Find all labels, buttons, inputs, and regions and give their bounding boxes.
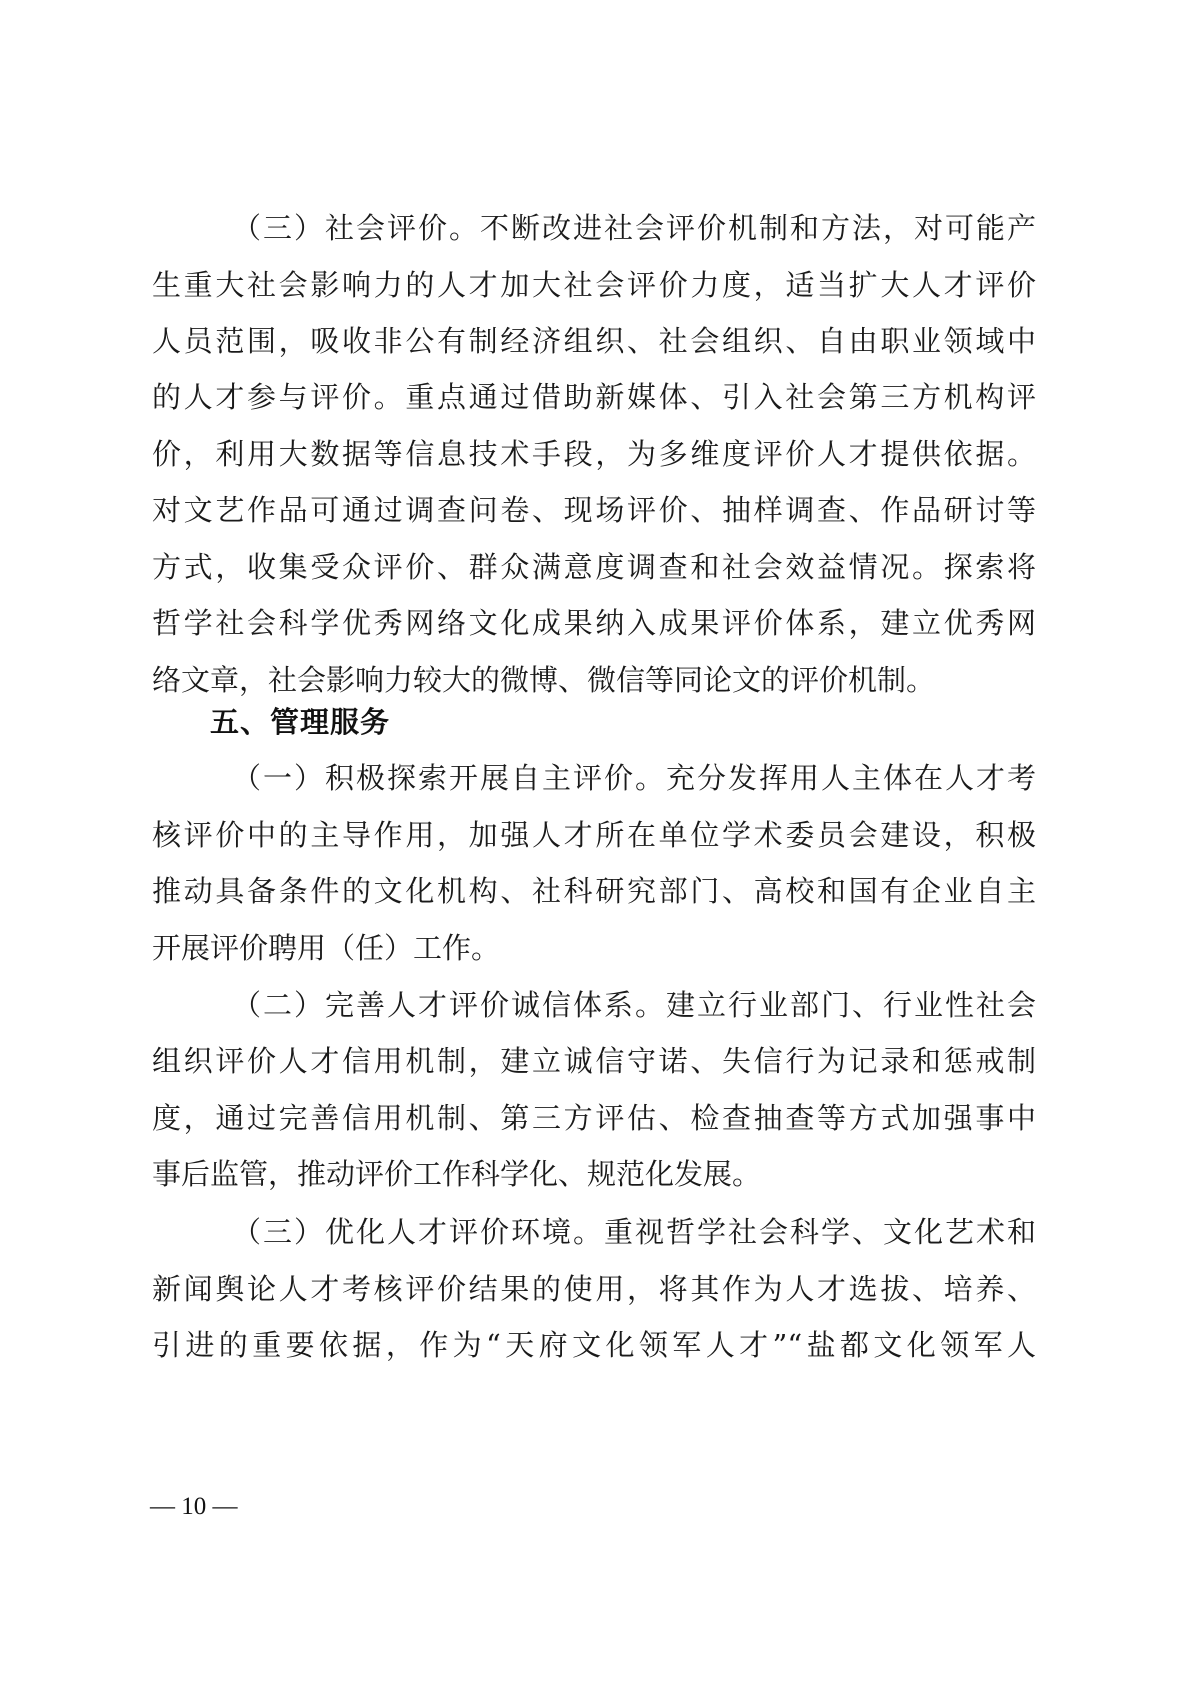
text-line: （三）优化人才评价环境。重视哲学社会科学、文化艺术和 [232, 1212, 1036, 1252]
text-line: 哲学社会科学优秀网络文化成果纳入成果评价体系，建立优秀网 [152, 603, 1036, 643]
text-line: 核评价中的主导作用，加强人才所在单位学术委员会建设，积极 [152, 815, 1036, 855]
text-line: 生重大社会影响力的人才加大社会评价力度，适当扩大人才评价 [152, 265, 1036, 305]
text-line: 新闻舆论人才考核评价结果的使用，将其作为人才选拔、培养、 [152, 1269, 1036, 1309]
text-line: 事后监管，推动评价工作科学化、规范化发展。 [152, 1154, 1036, 1194]
text-line: 方式，收集受众评价、群众满意度调查和社会效益情况。探索将 [152, 547, 1036, 587]
text-line: 引进的重要依据，作为“天府文化领军人才”“盐都文化领军人 [152, 1325, 1036, 1365]
text-line: （二）完善人才评价诚信体系。建立行业部门、行业性社会 [232, 985, 1036, 1025]
text-line: 对文艺作品可通过调查问卷、现场评价、抽样调查、作品研讨等 [152, 490, 1036, 530]
text-line: （一）积极探索开展自主评价。充分发挥用人主体在人才考 [232, 758, 1036, 798]
text-line: （三）社会评价。不断改进社会评价机制和方法，对可能产 [232, 208, 1036, 248]
text-line: 价，利用大数据等信息技术手段，为多维度评价人才提供依据。 [152, 434, 1036, 474]
text-line: 开展评价聘用（任）工作。 [152, 928, 1036, 968]
section-heading: 五、管理服务 [210, 702, 390, 742]
document-page: （三）社会评价。不断改进社会评价机制和方法，对可能产 生重大社会影响力的人才加大… [0, 0, 1191, 1684]
text-line: 度，通过完善信用机制、第三方评估、检查抽查等方式加强事中 [152, 1098, 1036, 1138]
page-number: — 10 — [150, 1492, 238, 1522]
text-line: 组织评价人才信用机制，建立诚信守诺、失信行为记录和惩戒制 [152, 1041, 1036, 1081]
text-line: 人员范围，吸收非公有制经济组织、社会组织、自由职业领域中 [152, 321, 1036, 361]
text-line: 的人才参与评价。重点通过借助新媒体、引入社会第三方机构评 [152, 377, 1036, 417]
text-line: 推动具备条件的文化机构、社科研究部门、高校和国有企业自主 [152, 871, 1036, 911]
text-line: 络文章，社会影响力较大的微博、微信等同论文的评价机制。 [152, 660, 1036, 700]
